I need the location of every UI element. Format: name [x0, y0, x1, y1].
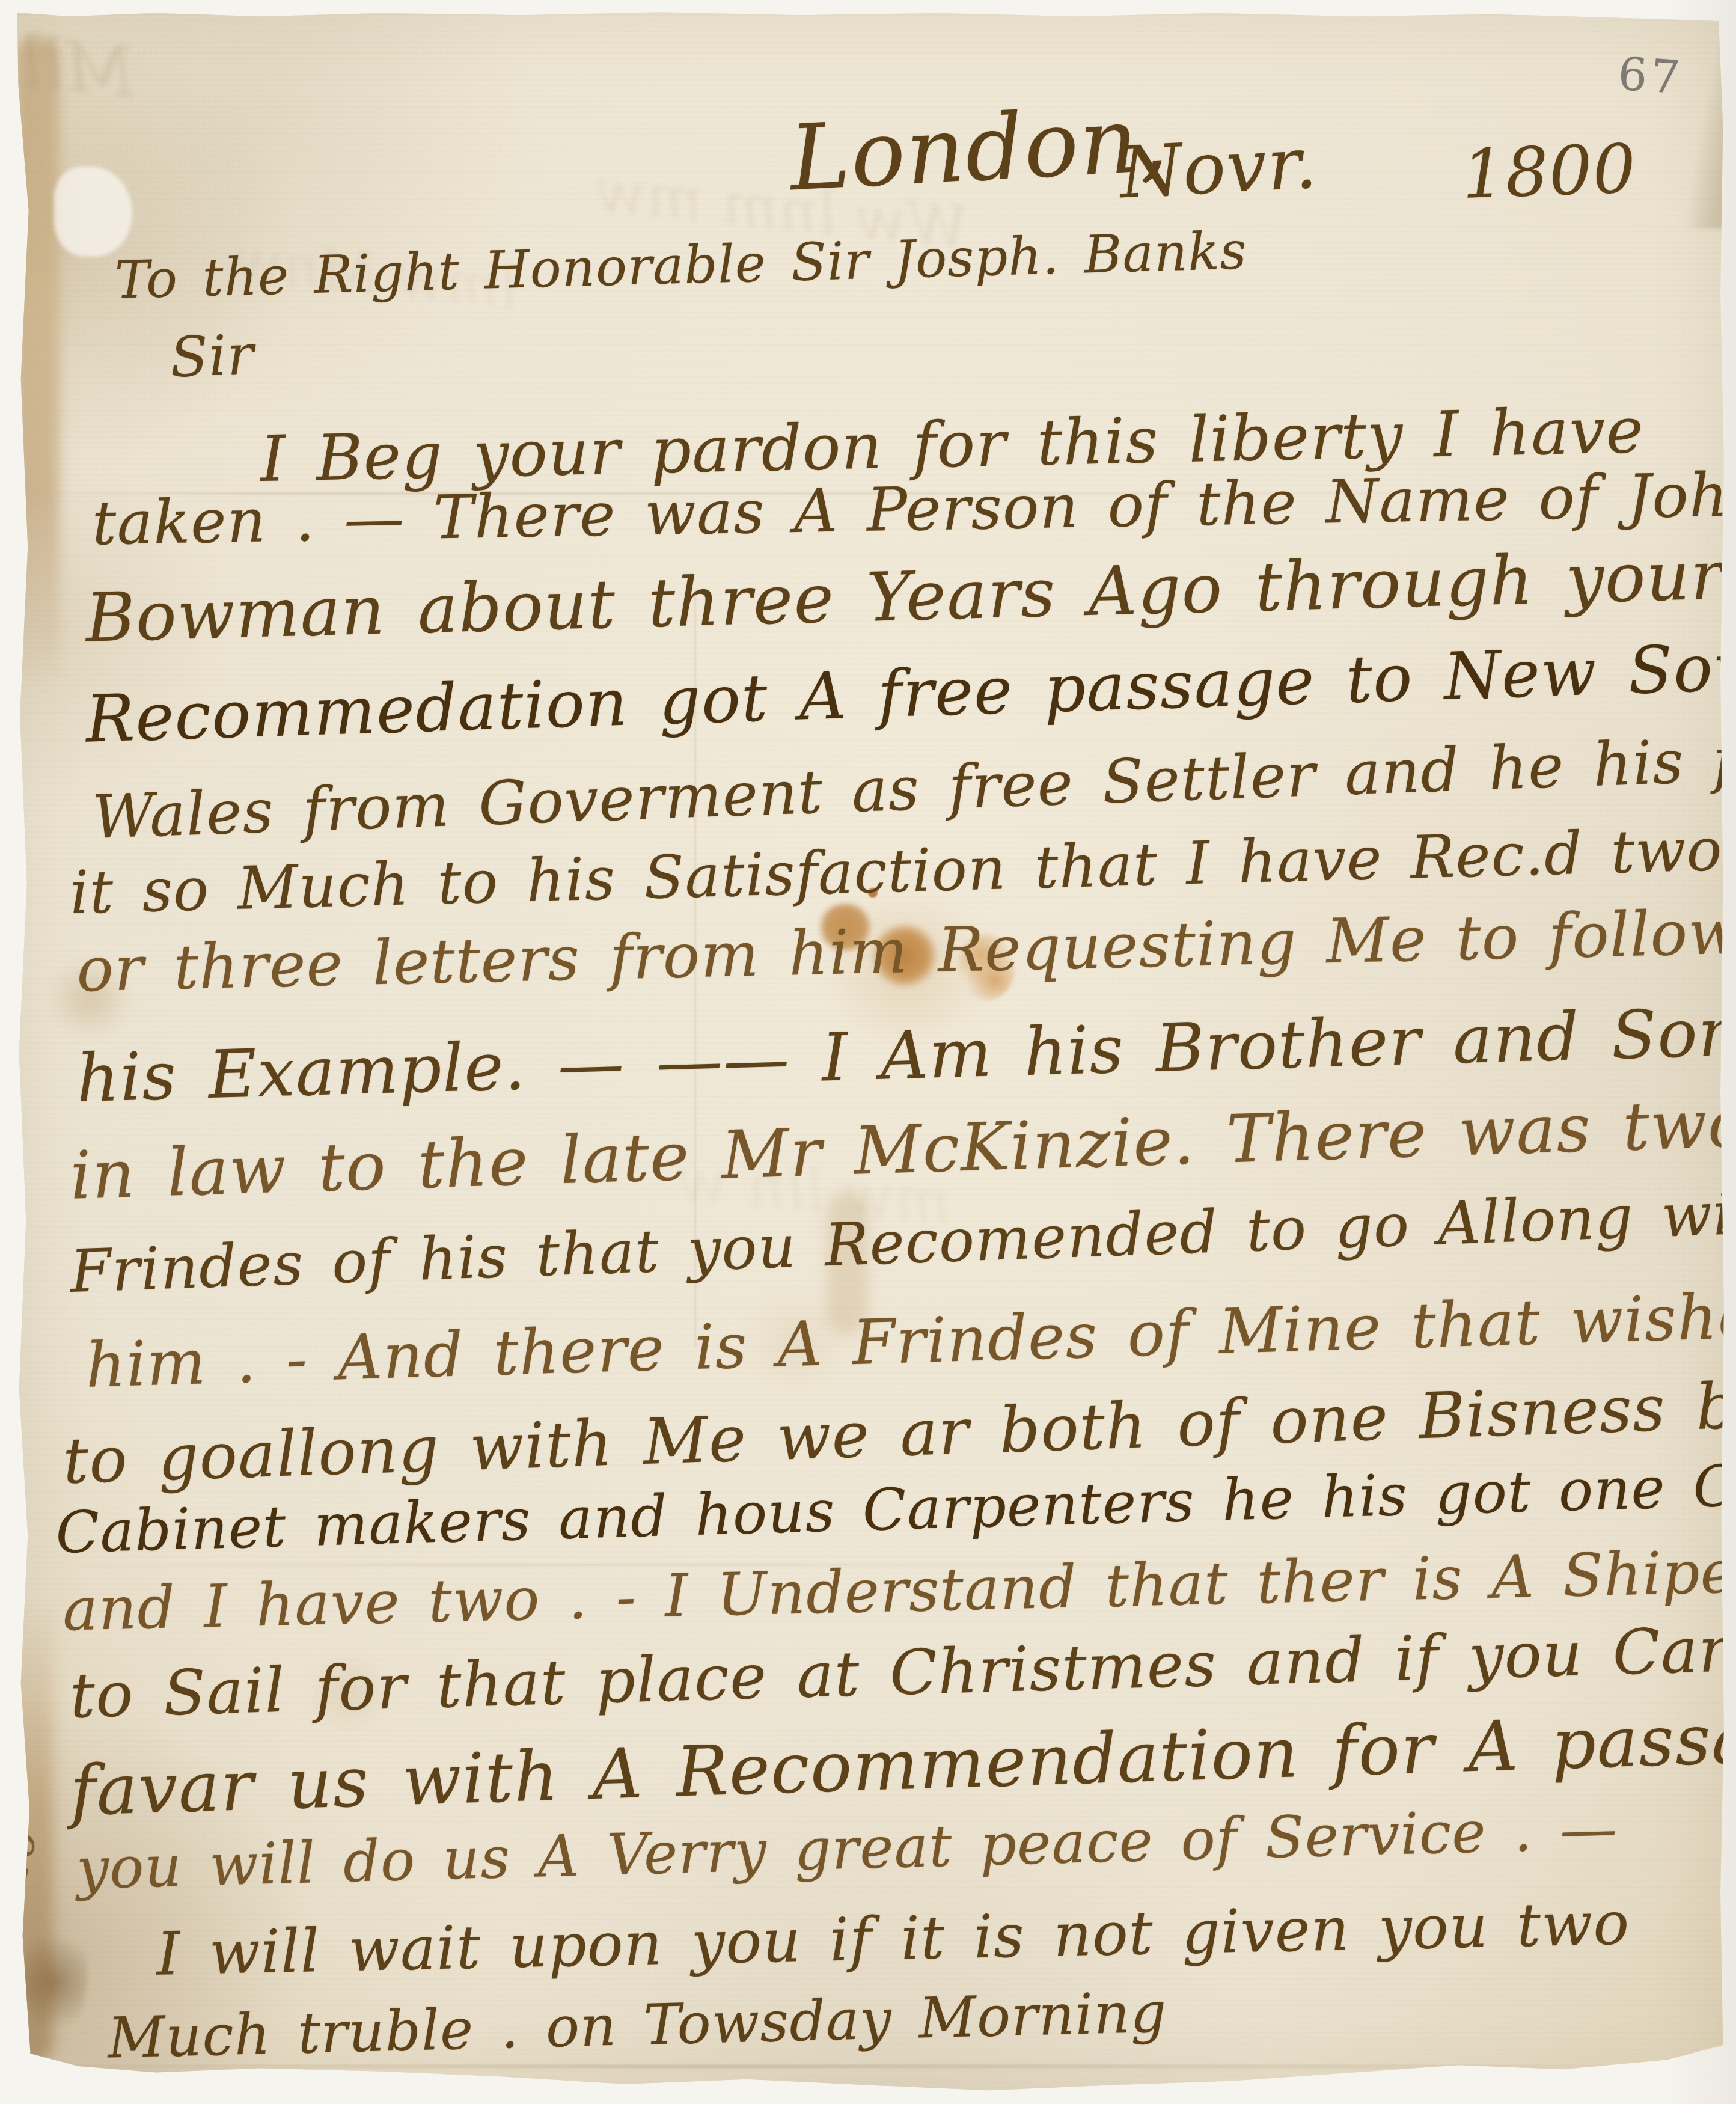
left-edge-stain-band-lower: [14, 1599, 53, 2062]
torn-patch: [54, 167, 132, 257]
left-edge-stain-band: [16, 38, 59, 690]
bottom-left-blotch: [21, 1925, 87, 2040]
corner-fold-shadow: [1688, 0, 1736, 228]
verso-showthrough-2: nw lmm Mw mllw: [0, 57, 35, 199]
salutation-line: To the Right Honorable Sir Josph. Banks: [114, 221, 1248, 310]
letter-line-18: I will wait upon you if it is not given …: [156, 1889, 1630, 1989]
scanned-letter-page: Mlln wm Bnm lmw on lw Mmynw lmm Mw mllwW…: [0, 0, 1736, 2104]
dateline-place: London,: [787, 87, 1171, 212]
letter-paper: Mlln wm Bnm lmw on lw Mmynw lmm Mw mllwW…: [0, 0, 1736, 2104]
archival-page-number: 67: [1616, 46, 1686, 104]
letter-line-19: Much truble . on Towsday Morning: [107, 1980, 1167, 2070]
greeting: Sir: [169, 323, 255, 390]
dateline-date: Novr.: [1117, 121, 1319, 214]
dateline-year: 1800: [1461, 129, 1638, 213]
margin-annotation: Nov 16: [0, 1823, 47, 1997]
verso-showthrough-1: Mlln wm Bnm lmw on lw Mmy: [0, 0, 139, 114]
